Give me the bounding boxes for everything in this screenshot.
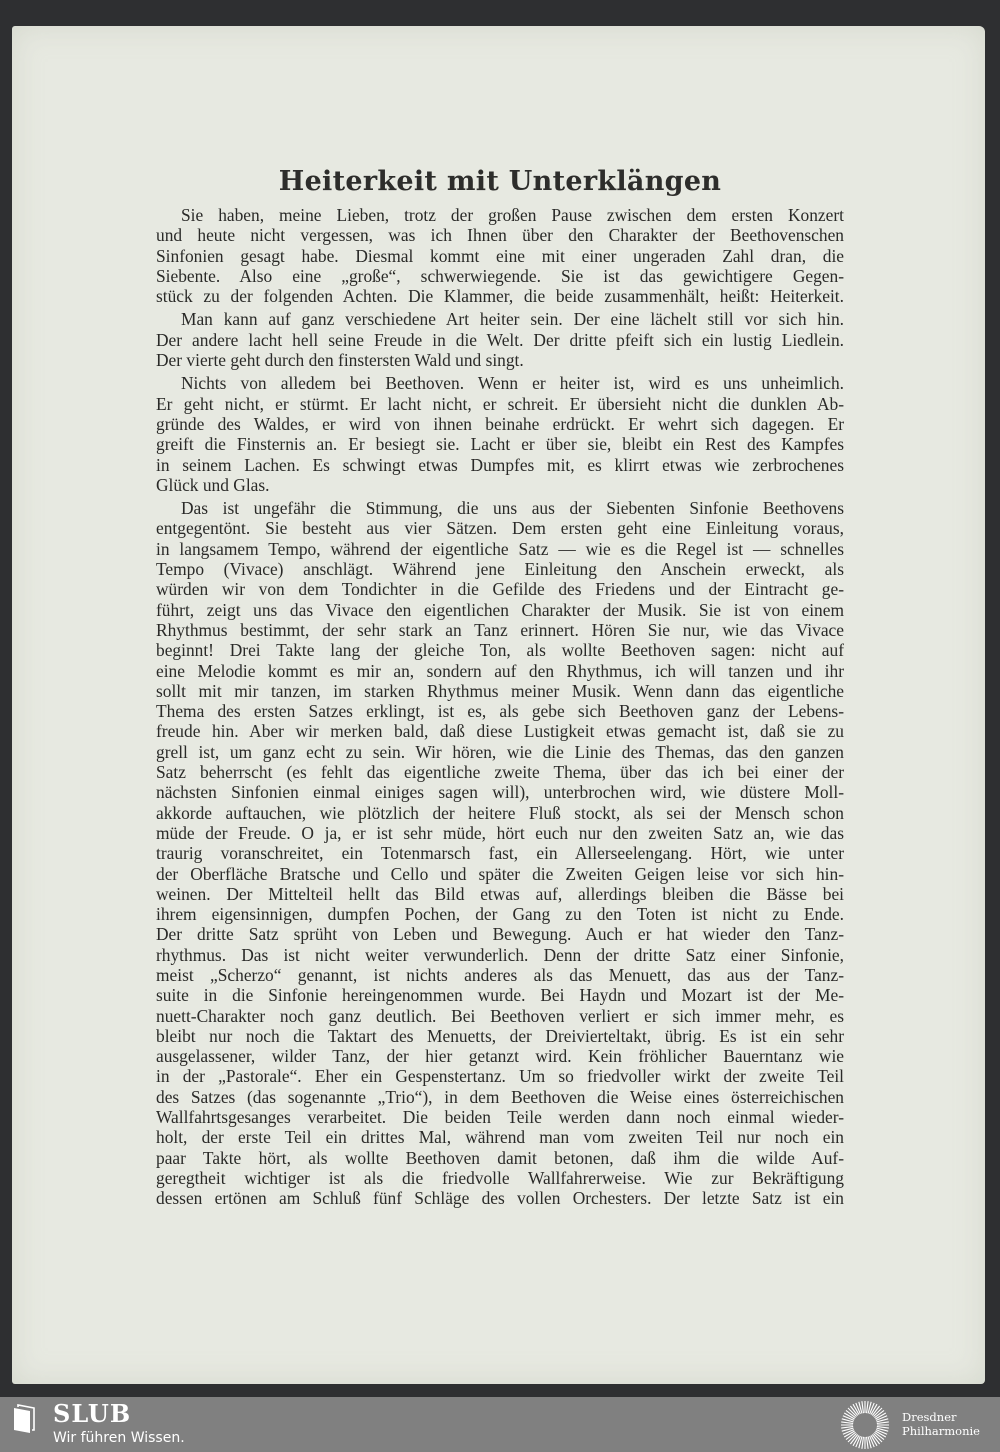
text-line: in langsamem Tempo, während der eigentli…	[156, 539, 844, 559]
text-line: Thema des ersten Satzes erklingt, ist es…	[156, 701, 844, 721]
text-line: greift die Finsternis an. Er besiegt sie…	[156, 434, 844, 454]
text-line: meist „Scherzo“ genannt, ist nichts ande…	[156, 965, 844, 985]
text-line: Der andere lacht hell seine Freude in di…	[156, 330, 844, 350]
text-line: Das ist ungefähr die Stimmung, die uns a…	[156, 498, 844, 518]
text-line: akkorde auftauchen, wie plötzlich der he…	[156, 803, 844, 823]
text-line: Nichts von alledem bei Beethoven. Wenn e…	[156, 373, 844, 393]
page-title: Heiterkeit mit Unterklängen	[0, 166, 1000, 197]
text-line: Wallfahrtsgesanges verarbeitet. Die beid…	[156, 1107, 844, 1127]
footer-bar: SLUB Wir führen Wissen.	[0, 1397, 1000, 1452]
text-line: sollt mit mir tanzen, im starken Rhythmu…	[156, 681, 844, 701]
text-line: ihrem eigensinnigen, dumpfen Pochen, der…	[156, 904, 844, 924]
text-line: Sie haben, meine Lieben, trotz der große…	[156, 205, 844, 225]
paragraph: Nichts von alledem bei Beethoven. Wenn e…	[156, 373, 844, 495]
text-line: freude hin. Aber wir merken bald, daß di…	[156, 721, 844, 741]
text-line: bleibt nur noch die Taktart des Menuetts…	[156, 1026, 844, 1046]
text-line: entgegentönt. Sie besteht aus vier Sätze…	[156, 518, 844, 538]
book-icon	[13, 1404, 39, 1434]
text-line: Satz beherrscht (es fehlt das eigentlich…	[156, 762, 844, 782]
text-line: Der dritte Satz sprüht von Leben und Bew…	[156, 924, 844, 944]
text-line: Man kann auf ganz verschiedene Art heite…	[156, 309, 844, 329]
text-line: der Oberfläche Bratsche und Cello und sp…	[156, 864, 844, 884]
text-line: nächsten Sinfonien einmal einiges sagen …	[156, 782, 844, 802]
text-line: eine Melodie kommt es mir an, sondern au…	[156, 661, 844, 681]
text-line: müde der Freude. O ja, er ist sehr müde,…	[156, 823, 844, 843]
text-line: in der „Pastorale“. Eher ein Gespenstert…	[156, 1066, 844, 1086]
text-line: Tempo (Vivace) anschlägt. Während jene E…	[156, 559, 844, 579]
slub-tagline: Wir führen Wissen.	[53, 1430, 185, 1446]
text-line: paar Takte hört, als wollte Beethoven da…	[156, 1148, 844, 1168]
phil-name-line1: Dresdner	[902, 1410, 980, 1424]
text-line: stück zu der folgenden Achten. Die Klamm…	[156, 286, 844, 306]
text-line: Er geht nicht, er stürmt. Er lacht nicht…	[156, 394, 844, 414]
text-line: Rhythmus bestimmt, der sehr stark an Tan…	[156, 620, 844, 640]
text-line: geregtheit wichtiger ist als die friedvo…	[156, 1168, 844, 1188]
text-line: Glück und Glas.	[156, 475, 844, 495]
text-line: Siebente. Also eine „große“, schwerwiege…	[156, 266, 844, 286]
sunburst-ring-icon	[840, 1400, 890, 1450]
paragraph: Das ist ungefähr die Stimmung, die uns a…	[156, 498, 844, 1208]
text-line: Der vierte geht durch den finstersten Wa…	[156, 350, 844, 370]
text-line: des Satzes (das sogenannte „Trio“), in d…	[156, 1087, 844, 1107]
text-line: rhythmus. Das ist nicht weiter verwunder…	[156, 945, 844, 965]
text-line: gründe des Waldes, er wird von ihnen bei…	[156, 414, 844, 434]
text-line: Sinfonien gesagt habe. Diesmal kommt ein…	[156, 246, 844, 266]
text-line: grell ist, um ganz echt zu sein. Wir hör…	[156, 742, 844, 762]
text-line: ausgelassener, wilder Tanz, der hier get…	[156, 1046, 844, 1066]
paragraph: Man kann auf ganz verschiedene Art heite…	[156, 309, 844, 370]
text-line: suite in die Sinfonie hereingenommen wur…	[156, 985, 844, 1005]
dresdner-philharmonie-logo-text: Dresdner Philharmonie	[902, 1410, 980, 1438]
text-line: führt, zeigt uns das Vivace den eigentli…	[156, 600, 844, 620]
text-line: in seinem Lachen. Es schwingt etwas Dump…	[156, 455, 844, 475]
text-line: nuett-Charakter noch ganz deutlich. Bei …	[156, 1006, 844, 1026]
text-line: und heute nicht vergessen, was ich Ihnen…	[156, 225, 844, 245]
document-body: Sie haben, meine Lieben, trotz der große…	[156, 205, 844, 1209]
text-line: traurig voranschreitet, ein Totenmarsch …	[156, 843, 844, 863]
text-line: holt, der erste Teil ein drittes Mal, wä…	[156, 1127, 844, 1147]
phil-name-line2: Philharmonie	[902, 1424, 980, 1438]
text-line: weinen. Der Mittelteil hellt das Bild et…	[156, 884, 844, 904]
slub-logo-text: SLUB	[53, 1399, 131, 1428]
paragraph: Sie haben, meine Lieben, trotz der große…	[156, 205, 844, 306]
text-line: dessen ertönen am Schluß fünf Schläge de…	[156, 1188, 844, 1208]
text-line: würden wir von dem Tondichter in die Gef…	[156, 579, 844, 599]
text-line: beginnt! Drei Takte lang der gleiche Ton…	[156, 640, 844, 660]
